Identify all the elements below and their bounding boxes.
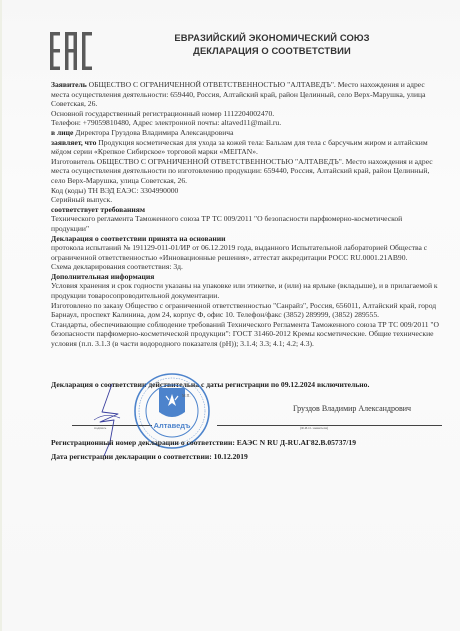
name-caption: (Ф.И.О. заявителя) — [300, 426, 328, 430]
represented-paragraph: в лице Директора Груздова Владимира Алек… — [51, 128, 441, 138]
applicant-contacts: Телефон: +79059810480, Адрес электронной… — [51, 118, 441, 128]
document-header: ЕВРАЗИЙСКИЙ ЭКОНОМИЧЕСКИЙ СОЮЗ ДЕКЛАРАЦИ… — [152, 32, 392, 57]
batch-type: Серийный выпуск. — [51, 195, 441, 205]
manufacturer-text: Изготовитель ОБЩЕСТВО С ОГРАНИЧЕННОЙ ОТВ… — [51, 157, 441, 186]
svg-text:М.П.: М.П. — [182, 393, 190, 398]
name-line — [217, 425, 442, 426]
represented-label: в лице — [51, 128, 73, 137]
declares-label: заявляет, что — [51, 138, 96, 147]
ordered-by-text: Изготовлено по заказу Общество с огранич… — [51, 301, 441, 320]
represented-text: Директора Груздова Владимира Александров… — [73, 128, 233, 137]
conformity-label: соответствует требованиям — [51, 205, 441, 215]
standards-text: Стандарты, обеспечивающие соблюдение тре… — [51, 320, 441, 349]
eac-logo-icon — [50, 32, 92, 70]
conformity-text: Технического регламента Таможенного союз… — [51, 214, 441, 233]
storage-text: Условия хранения и срок годности указаны… — [51, 281, 441, 300]
applicant-text: ОБЩЕСТВО С ОГРАНИЧЕННОЙ ОТВЕТСТВЕННОСТЬЮ… — [51, 80, 425, 108]
registration-number: Регистрационный номер декларации о соотв… — [51, 436, 441, 450]
header-union-title: ЕВРАЗИЙСКИЙ ЭКОНОМИЧЕСКИЙ СОЮЗ — [152, 32, 392, 45]
hs-code: Код (коды) ТН ВЭД ЕАЭС: 3304990000 — [51, 186, 441, 196]
applicant-label: Заявитель — [51, 80, 87, 89]
declares-paragraph: заявляет, что Продукция косметическая дл… — [51, 138, 441, 157]
svg-text:Алтаведъ: Алтаведъ — [154, 421, 191, 430]
header-document-title: ДЕКЛАРАЦИЯ О СООТВЕТСТВИИ — [152, 45, 392, 58]
signer-name: Груздов Владимир Александрович — [262, 404, 442, 413]
additional-label: Дополнительная информация — [51, 272, 441, 282]
applicant-ogrn: Основной государственный регистрационный… — [51, 109, 441, 119]
declaration-page: ЕВРАЗИЙСКИЙ ЭКОНОМИЧЕСКИЙ СОЮЗ ДЕКЛАРАЦИ… — [0, 0, 460, 631]
applicant-paragraph: Заявитель ОБЩЕСТВО С ОГРАНИЧЕННОЙ ОТВЕТС… — [51, 80, 441, 109]
declares-text: Продукция косметическая для ухода за кож… — [51, 138, 428, 157]
basis-label: Декларация о соответствии принята на осн… — [51, 234, 441, 244]
scheme-text: Схема декларирования соответствия: 3д. — [51, 262, 441, 272]
registration-info: Регистрационный номер декларации о соотв… — [51, 436, 441, 464]
basis-text: протокола испытаний № 191129-011-01/ИР о… — [51, 243, 441, 262]
declaration-body: Заявитель ОБЩЕСТВО С ОГРАНИЧЕННОЙ ОТВЕТС… — [51, 80, 441, 349]
registration-date: Дата регистрации декларации о соответств… — [51, 450, 441, 464]
